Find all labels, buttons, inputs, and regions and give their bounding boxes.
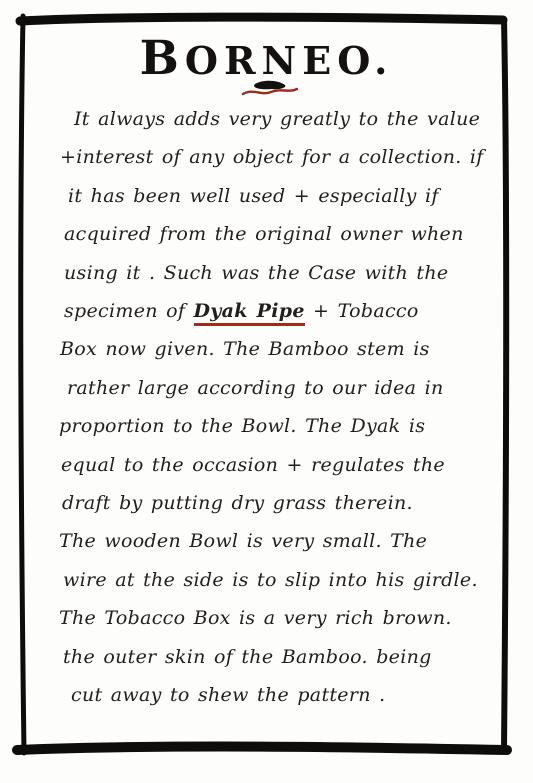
handwritten-line: It always adds very greatly to the value (74, 100, 487, 138)
handwritten-line: The wooden Bowl is very small. The (59, 522, 487, 560)
handwritten-line: draft by putting dry grass therein. (62, 484, 487, 522)
handwritten-line: Box now given. The Bamboo stem is (60, 330, 487, 368)
handwritten-text-block: It always adds very greatly to the value… (0, 100, 533, 715)
handwritten-line: The Tobacco Box is a very rich brown. (59, 599, 487, 637)
handwritten-line: rather large according to our idea in (67, 369, 487, 407)
handwritten-line: wire at the side is to slip into his gir… (63, 561, 487, 599)
handwritten-line: the outer skin of the Bamboo. being (63, 638, 487, 676)
handwritten-line: it has been well used + especially if (68, 177, 487, 215)
handwritten-line: acquired from the original owner when (64, 215, 487, 253)
line-segment: + Tobacco (305, 300, 419, 322)
handwritten-line-dyak-pipe: specimen of Dyak Pipe + Tobacco (64, 292, 487, 330)
handwritten-line: +interest of any object for a collection… (60, 138, 487, 176)
dyak-pipe-underlined-text: Dyak Pipe (194, 300, 305, 326)
handwritten-line: cut away to shew the pattern . (71, 676, 487, 714)
handwritten-line: using it . Such was the Case with the (64, 254, 487, 292)
scanned-journal-page: BORNEO. It always adds very greatly to t… (0, 0, 533, 783)
handwritten-line: equal to the occasion + regulates the (61, 446, 487, 484)
handwritten-line: proportion to the Bowl. The Dyak is (59, 407, 487, 445)
line-segment: specimen of (64, 300, 194, 322)
